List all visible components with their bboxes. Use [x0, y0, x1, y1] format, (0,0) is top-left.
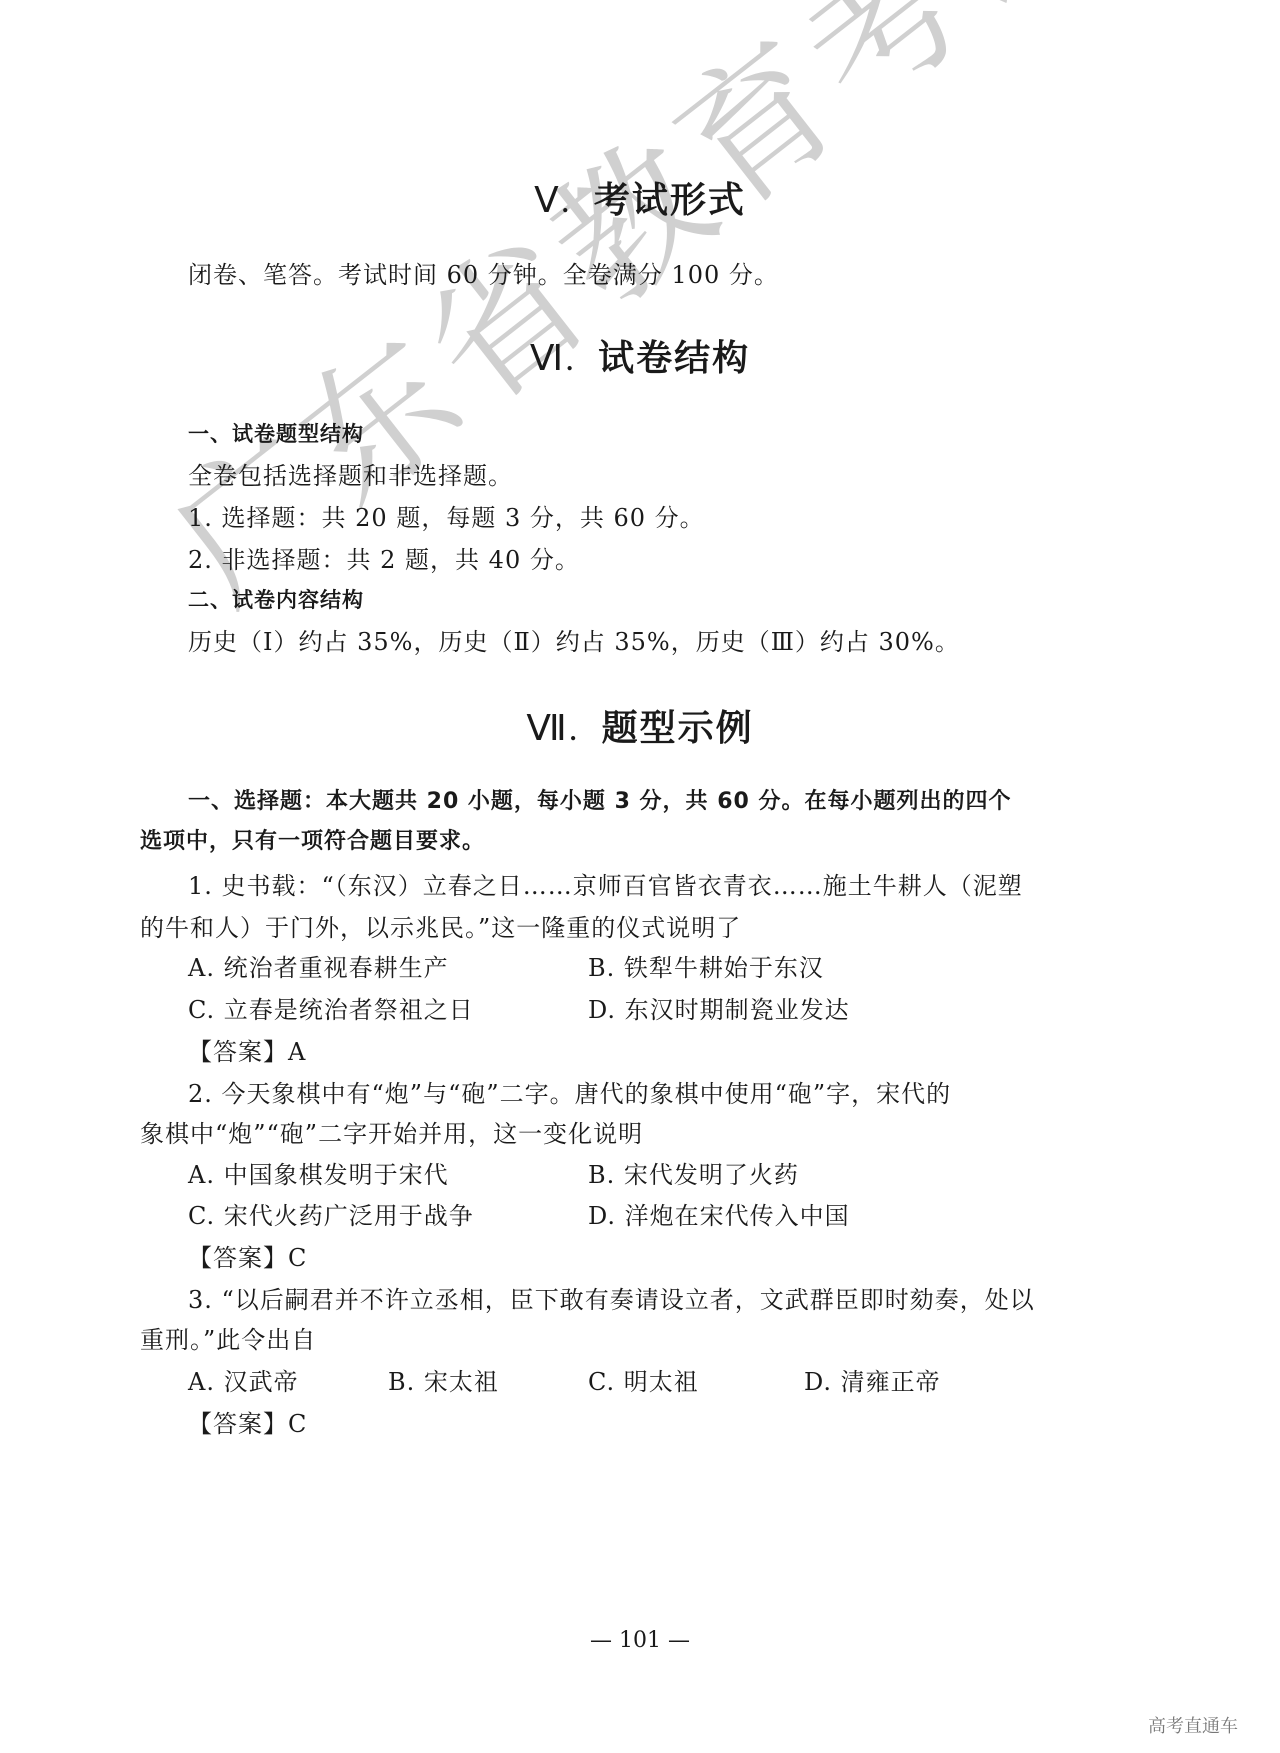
question-3-stem: 3. “以后嗣君并不许立丞相，臣下敢有奏请设立者，文武群臣即时劾奏，处以 [188, 1280, 1035, 1315]
option-a: A. 中国象棋发明于宋代 [188, 1155, 449, 1190]
instructions: 一、选择题：本大题共 20 小题，每小题 3 分，共 60 分。在每小题列出的四… [188, 784, 1012, 815]
paragraph: 历史（Ⅰ）约占 35%，历史（Ⅱ）约占 35%，历史（Ⅲ）约占 30%。 [188, 622, 960, 657]
option-d: D. 清雍正帝 [804, 1362, 941, 1397]
paragraph: 1. 选择题：共 20 题，每题 3 分，共 60 分。 [188, 498, 705, 533]
option-b: B. 宋代发明了火药 [588, 1155, 799, 1190]
answer: 【答案】A [188, 1032, 306, 1067]
option-a: A. 汉武帝 [188, 1362, 299, 1397]
document-page: 广东省教育考试院 Ⅴ.考试形式 闭卷、笔答。考试时间 60 分钟。全卷满分 10… [0, 0, 1280, 1753]
section-number: Ⅴ. [534, 180, 572, 220]
subheading-question-types: 一、试卷题型结构 [188, 418, 364, 448]
option-a: A. 统治者重视春耕生产 [188, 948, 449, 983]
answer: 【答案】C [188, 1238, 307, 1273]
option-d: D. 东汉时期制瓷业发达 [588, 990, 850, 1025]
option-c: C. 宋代火药广泛用于战争 [188, 1196, 474, 1231]
section-title: 题型示例 [602, 707, 754, 749]
option-b: B. 宋太祖 [388, 1362, 499, 1397]
question-2-stem: 象棋中“炮”“砲”二字开始并用，这一变化说明 [140, 1114, 643, 1149]
section-number: Ⅵ. [530, 338, 576, 378]
option-c: C. 明太祖 [588, 1362, 699, 1397]
section-title: 考试形式 [594, 179, 746, 221]
subheading-content-structure: 二、试卷内容结构 [188, 584, 364, 614]
instructions: 选项中，只有一项符合题目要求。 [140, 824, 485, 855]
answer: 【答案】C [188, 1404, 307, 1439]
question-1-stem: 1. 史书载：“（东汉）立春之日……京师百官皆衣青衣……施土牛耕人（泥塑 [188, 866, 1023, 901]
question-3-stem: 重刑。”此令出自 [140, 1320, 316, 1355]
section-heading-paper-structure: Ⅵ.试卷结构 [0, 330, 1280, 381]
paragraph: 2. 非选择题：共 2 题，共 40 分。 [188, 540, 580, 575]
section-heading-question-examples: Ⅶ.题型示例 [0, 700, 1280, 751]
section-title: 试卷结构 [598, 337, 750, 379]
source-label: 高考直通车 [1148, 1712, 1238, 1738]
question-1-stem: 的牛和人）于门外，以示兆民。”这一隆重的仪式说明了 [140, 908, 741, 943]
paragraph: 全卷包括选择题和非选择题。 [188, 456, 513, 491]
option-d: D. 洋炮在宋代传入中国 [588, 1196, 850, 1231]
exam-format-text: 闭卷、笔答。考试时间 60 分钟。全卷满分 100 分。 [188, 255, 779, 290]
question-2-stem: 2. 今天象棋中有“炮”与“砲”二字。唐代的象棋中使用“砲”字，宋代的 [188, 1074, 951, 1109]
section-number: Ⅶ. [526, 708, 579, 748]
page-number: — 101 — [0, 1628, 1280, 1653]
section-heading-exam-format: Ⅴ.考试形式 [0, 172, 1280, 223]
option-b: B. 铁犁牛耕始于东汉 [588, 948, 824, 983]
option-c: C. 立春是统治者祭祖之日 [188, 990, 474, 1025]
